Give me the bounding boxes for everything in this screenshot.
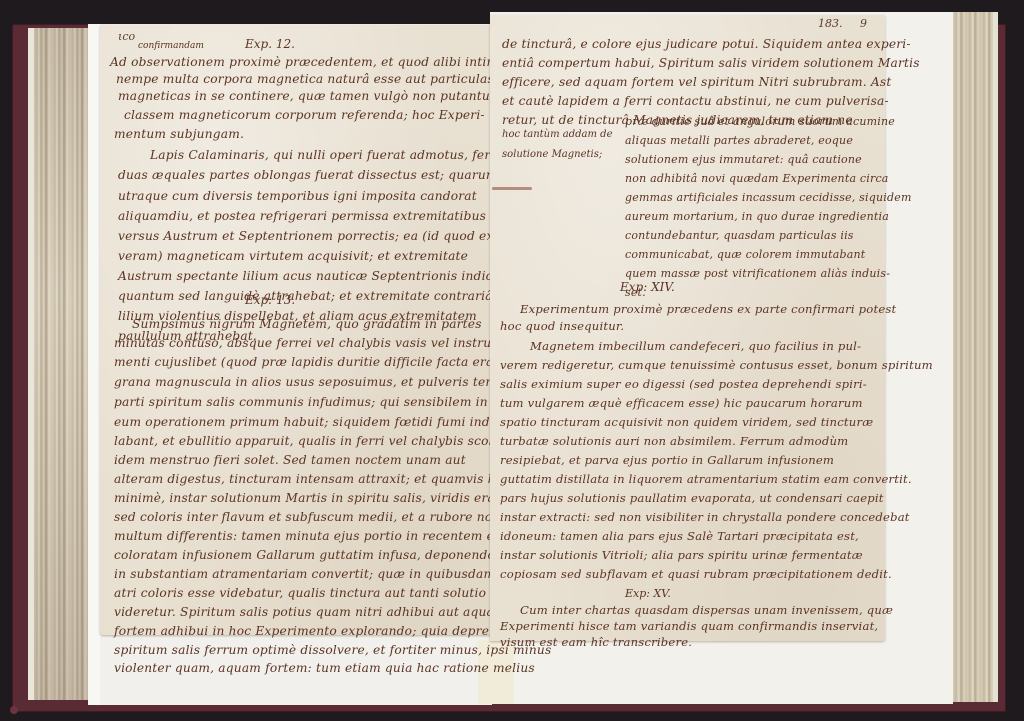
text-line: efficere, sed aquam fortem vel spiritum … — [502, 75, 891, 89]
experiment-heading-12: Exp. 12. — [245, 37, 295, 51]
folio-number: 183. — [818, 17, 843, 30]
text-line: aureum mortarium, in quo durae ingredien… — [625, 210, 889, 223]
text-line: idem menstruo fieri solet. Sed tamen noc… — [114, 453, 466, 467]
text-line: instar solutionis Vitrioli; alia pars sp… — [500, 548, 863, 562]
text-line: copiosam sed subflavam et quasi rubram p… — [500, 567, 892, 581]
cover-corner-bottom-left — [10, 706, 18, 714]
text-line: Sumpsimus nigrum Magnetem, quo gradatim … — [132, 317, 482, 331]
text-line: Cum inter chartas quasdam dispersas unam… — [520, 603, 893, 617]
catchword: confirmandam — [138, 41, 204, 51]
margin-note-line: hoc tantùm addam de — [502, 125, 613, 145]
text-line: atri coloris esse videbatur, qualis tinc… — [114, 586, 532, 600]
text-line: multum differentis: tamen minuta ejus po… — [114, 529, 534, 543]
text-line: classem magneticorum corporum referenda;… — [124, 108, 485, 122]
text-line: tum vulgarem æquè efficacem esse) hic pa… — [500, 396, 863, 410]
text-line: sed coloris inter flavum et subfuscum me… — [114, 510, 500, 524]
text-line: parti spiritum salis communis infudimus;… — [114, 395, 488, 409]
text-line: coloratam infusionem Gallarum guttatim i… — [114, 548, 526, 562]
text-line: præ duritie suâ et angulorum suorum acum… — [625, 115, 895, 128]
text-line: Experimenti hisce tam variandis quam con… — [500, 619, 878, 633]
text-line: menti cujuslibet (quod præ lapidis durit… — [114, 355, 503, 369]
text-line: mentum subjungam. — [114, 127, 244, 141]
text-line: spiritum salis ferrum optimè dissolvere,… — [114, 643, 551, 657]
text-line: Lapis Calaminaris, qui nulli operi fuera… — [150, 148, 520, 162]
text-line: de tincturâ, e colore ejus judicare potu… — [502, 37, 911, 51]
margin-note-line: solutione Magnetis; — [502, 145, 613, 165]
text-line: et cautè lapidem a ferri contactu abstin… — [502, 94, 889, 108]
text-line: spatio tincturam acquisivit non quidem v… — [500, 415, 873, 429]
text-line: solutionem ejus immutaret: quâ cautione — [625, 153, 862, 166]
left-mount-strip — [88, 24, 100, 705]
text-line: alteram digestus, tincturam intensam att… — [114, 472, 507, 486]
experiment-heading-14: Exp: XIV. — [620, 280, 675, 294]
text-line: turbatæ solutionis auri non absimilem. F… — [500, 434, 848, 448]
text-line: pars hujus solutionis paullatim evaporat… — [500, 491, 884, 505]
text-line: veram) magneticam virtutem acquisivit; e… — [118, 249, 468, 263]
text-line: contundebantur, quasdam particulas iis — [625, 229, 854, 242]
text-line: gemmas artificiales incassum cecidisse, … — [625, 191, 912, 204]
text-line: violenter quam, aquam fortem: tum etiam … — [114, 661, 535, 675]
text-line: quem massæ post vitrificationem aliàs in… — [625, 267, 890, 280]
text-line: aliquamdiu, et postea refrigerari permis… — [118, 209, 486, 223]
text-line: versus Austrum et Septentrionem porrecti… — [118, 229, 533, 243]
text-line: instar extracti: sed non visibiliter in … — [500, 510, 910, 524]
folio-secondary-number: 9 — [860, 17, 867, 30]
text-line: visum est eam hîc transcribere. — [500, 635, 692, 649]
right-manuscript-page: 183. 9 de tincturâ, e colore ejus judica… — [490, 15, 885, 641]
text-line: minutas contuso, absque ferrei vel chaly… — [114, 336, 496, 350]
text-line: verem redigeretur, cumque tenuissimè con… — [500, 358, 933, 372]
margin-note: hoc tantùm addam de solutione Magnetis; — [502, 125, 613, 165]
text-line: grana magnuscula in alios usus seposuimu… — [114, 375, 530, 389]
text-line: videretur. Spiritum salis potius quam ni… — [114, 605, 506, 619]
text-line: duas æquales partes oblongas fuerat diss… — [118, 168, 498, 182]
text-line: Experimentum proximè præcedens ex parte … — [520, 302, 896, 316]
text-line: eum operationem primum habuit; siquidem … — [114, 415, 536, 429]
text-line: quantum sed languidè attrahebat; et extr… — [118, 289, 493, 303]
text-line: hoc quod insequitur. — [500, 319, 624, 333]
text-line: salis eximium super eo digessi (sed post… — [500, 377, 867, 391]
text-line: communicabat, quæ colorem immutabant — [625, 248, 865, 261]
corner-mark: ιco — [118, 30, 135, 43]
text-line: non adhibitâ novi quædam Experimenta cir… — [625, 172, 889, 185]
text-line: labant, et ebullitio apparuit, qualis in… — [114, 434, 504, 448]
left-manuscript-page: ιco confirmandam Exp. 12. Ad observation… — [100, 25, 492, 635]
text-line: entiâ compertum habui, Spiritum salis vi… — [502, 56, 920, 70]
text-line: Magnetem imbecillum candefeceri, quo fac… — [530, 339, 861, 353]
experiment-heading-13: Exp: 13. — [245, 293, 295, 307]
text-line: minimè, instar solutionum Martis in spir… — [114, 491, 500, 505]
ink-smudge — [492, 187, 532, 190]
text-line: guttatim distillata in liquorem atrament… — [500, 472, 912, 486]
text-line: Ad observationem proximè præcedentem, et… — [110, 55, 521, 69]
text-line: utraque cum diversis temporibus igni imp… — [118, 189, 477, 203]
left-page-stack-edge — [28, 28, 96, 700]
text-line: resipiebat, et parva ejus portio in Gall… — [500, 453, 834, 467]
text-line: aliquas metalli partes abraderet, eoque — [625, 134, 853, 147]
experiment-heading-15: Exp: XV. — [625, 587, 671, 600]
right-page-stack-edge — [953, 12, 998, 702]
text-line: magneticas in se continere, quæ tamen vu… — [118, 89, 516, 103]
text-line: nempe multa corpora magnetica naturâ ess… — [116, 72, 494, 86]
text-line: idoneum: tamen alia pars ejus Salè Tarta… — [500, 529, 859, 543]
text-line: fortem adhibui in hoc Experimento explor… — [114, 624, 525, 638]
text-line: Austrum spectante lilium acus nauticæ Se… — [118, 269, 540, 283]
